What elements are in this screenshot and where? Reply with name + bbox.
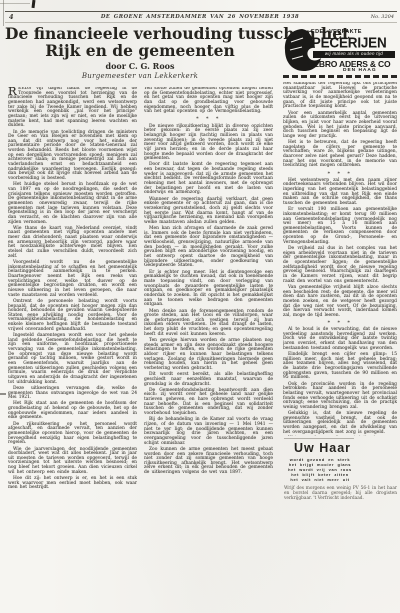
paragraph: Ingesteld daarentegen wordt een voor het… [8,334,137,385]
paragraph: Voor een aanmerkelijk aantal gemeenten z… [283,112,397,140]
paragraph: Zoo kunnen de arme gemeenten het meest g… [144,448,273,476]
paragraph: Door dit laatste komt de regeering tegem… [144,163,273,196]
ad-divider-rule [283,75,397,78]
hair-advertisement: Uw Haar wordt gezond en sterk het krijgt… [284,438,397,501]
header-rule-bottom [5,22,397,23]
hair-ad-title: Uw Haar [294,441,397,455]
paragraph: Gelukkig is, dat de nieuwe regeling de g… [283,412,397,435]
paragraph: Het huidige stelsel berust in hoofdzaak … [8,183,137,225]
paragraph: In de memorie van toelichting dringen de… [8,131,137,182]
paragraph: Er is echter nog meer. Het is dientengev… [144,271,273,308]
paragraph: REEDS vijf dagen nadat de regeering in d… [8,87,137,129]
paragraph: Ook de provinciën worden in de regeling … [283,383,397,411]
spice-ad-city: DEN HAAG [343,68,377,73]
paragraph: Er vervalt 190 millioen aan gemeentelijk… [283,208,397,245]
spice-ad-tagline: wij malen als in ouden tijd [313,51,395,58]
paragraph: Eindelijk brengt een cijfer een glimp: 1… [283,353,397,381]
masthead: DE GROENE AMSTERDAMMER VAN 26 NOVEMBER 1… [40,14,360,20]
article-column-1: REEDS vijf dagen nadat de regeering in d… [8,87,137,499]
scan-edge-line [0,3,30,4]
paragraph: Ten slotte zullen de gemeenten opcenten … [144,87,273,115]
scan-mark [32,0,36,8]
paragraph: Deze uitkeeringen vervangen die, welke d… [8,387,137,401]
hair-ad-rule [284,438,354,439]
paragraph: Van gemeentelijke vrijheid blijft alzoo … [283,286,397,319]
section-separator: * * * [144,117,273,122]
paragraph: Wie thans de kaart van Nederland overzie… [8,227,137,260]
paragraph: Het standpunt der regeering lijkt ons pr… [283,82,397,110]
paragraph: Al te boud is de verwachting, dat de nie… [283,328,397,351]
hair-ad-footnote: Wrijf des morgens een weinig PV 56-1 in … [284,486,397,501]
section-separator: * * * [283,321,397,326]
paragraph: De vrijheid zal dus in het complex van h… [283,247,397,284]
paragraph: Wie de jaarverslagen der noodlijdende ge… [8,448,137,476]
paragraph: Het wetsontwerp zal met den naam zijner … [283,179,397,207]
section-separator: * * * [283,172,397,177]
article-title: De financieele verhouding tusschen het R… [5,26,275,59]
paragraph: Voorgesteld wordt nu de gemeentelijke in… [8,261,137,298]
paragraph: De nieuwe rijksuitkeering blijkt in dive… [144,125,273,162]
article-title-line2: Rijk en de gemeenten [5,43,275,60]
byline-role: Burgemeester van Lekkerkerk [5,72,275,80]
issue-number: No. 3204 [371,14,394,20]
scan-mark [0,393,6,395]
article-column-2: Ten slotte zullen de gemeenten opcenten … [144,87,273,493]
byline: door C. G. Roos [5,61,275,71]
spice-advertisement: EDEL VERPAKTE SPECERIJEN wij malen als i… [283,28,397,72]
paragraph: Omtrent de personeele belasting wordt vo… [8,300,137,333]
header-rule-top [5,11,397,12]
paragraph: Men denke aan de forensengemeenten rondo… [144,310,273,338]
paragraph: Het is te betreuren, dat de regeering he… [283,141,397,169]
hair-ad-slogan: het valt niet meer uit [284,477,356,482]
paragraph: Bij de behandeling in de Kamer zal voort… [144,418,273,446]
paragraph: Hoe dit zij: het ontwerp is er, en het i… [8,477,137,491]
article-column-3: Het standpunt der regeering lijkt ons pr… [283,82,397,436]
paragraph: Het Rijk staat aan de gemeenten de hoofd… [8,402,137,421]
paragraph-text: EEDS vijf dagen nadat de regeering in de… [8,87,137,128]
page-number: 4 [9,13,14,21]
paragraph: Wanneer de regeering daarbij verklaart, … [144,198,273,226]
paragraph: Dit wordt eerst bereikt, als alle belast… [144,373,273,387]
paragraph: De rijksuitkeering op het personeel word… [8,423,137,446]
newspaper-page: 4 DE GROENE AMSTERDAMMER VAN 26 NOVEMBER… [0,0,400,613]
paragraph: Ten gevolge hiervan worden de arme plaat… [144,339,273,372]
paragraph: Men kan zich afvragen of daarmede de zaa… [144,227,273,269]
spice-ad-name: SPECERIJEN [303,34,397,51]
paragraph: De Gemeentefondsbelasting beantwoordt aa… [144,389,273,417]
